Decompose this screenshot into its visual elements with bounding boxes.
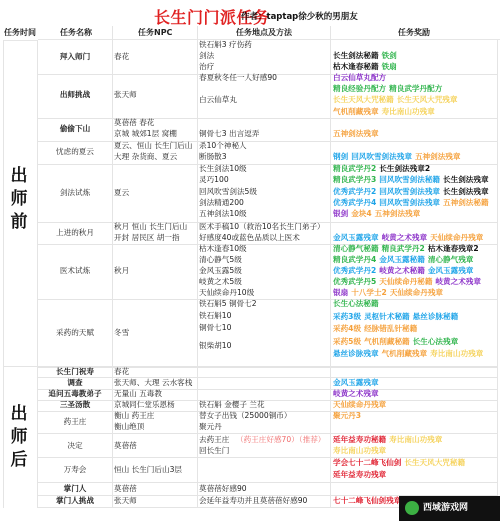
task-location: 岐黄之术5级 (199, 277, 242, 288)
task-location: 春夏秋冬任一人好感90 (199, 73, 277, 84)
task-npc: 夏云、恒山 长生门后山 (114, 141, 192, 152)
task-npc: 夏云 (114, 188, 129, 199)
task-name: 偷偷下山 (38, 124, 112, 135)
task-npc: 恒山 长生门后山3层 (114, 465, 182, 476)
header-npc: 任务NPC (112, 26, 198, 40)
reward-item: 寿比南山功残章 (430, 349, 483, 358)
task-name: 三圣汤散 (38, 400, 112, 411)
task-location: 铜骨七10 (199, 323, 231, 334)
reward-item: 枯木逢春秘籍 (333, 62, 379, 71)
reward-item: 铁扇 (382, 62, 397, 71)
task-location: 铁石斛 金樱子 兰花 (199, 400, 265, 411)
table-row: 上进的秋月秋月 恒山 长生门后山开封 居民区 胡一指医术手稿10（救治10名长生… (0, 222, 500, 244)
watermark-text: 西域游戏网 (423, 503, 468, 513)
reward-line: 悬丝诊脉残章气机削藏残章寿比南山功残章 (333, 349, 486, 360)
task-location: 医术手稿10（救治10名长生门弟子） (199, 222, 325, 233)
table-row: 长生门祝寿春花 (0, 367, 500, 377)
reward-item: 金风玉露残章 (333, 378, 379, 387)
task-location: 清心静气5级 (199, 255, 242, 266)
reward-item: 悬丝诊脉残章 (333, 349, 379, 358)
task-location-note: （药王庄好感70）（推荐） (236, 435, 325, 446)
grid-line (37, 433, 497, 434)
reward-item: 金风玉露残章 (428, 266, 474, 275)
reward-item: 聚元丹3 (333, 411, 361, 420)
task-npc: 京城同仁堂乐恩杨 (114, 400, 175, 411)
reward-item: 优秀武学丹5 (333, 277, 376, 286)
reward-line: 精良武学丹2长生剑法残章2 (333, 164, 433, 175)
table-row: 拜入师门春花铁石斛3 疗伤药剑法治疗长生剑法秘籍铁剑枯木逢春秘籍铁扇 (0, 40, 500, 74)
task-name: 追问五毒教弟子 (38, 389, 112, 400)
header-name: 任务名称 (38, 26, 112, 40)
task-location: 灵巧100 (199, 175, 229, 186)
reward-item: 长生剑法残章 (443, 175, 489, 184)
table-row: 药王庄衡山 药王庄衡山绝顶替女子出钱（25000铜币）聚元丹聚元丹3 (0, 411, 500, 433)
reward-item: 回风吹雪剑法秘籍 (379, 175, 440, 184)
table-row: 掌门人莫蓓蓓莫蓓蓓好感90 (0, 484, 500, 495)
reward-line: 气机削藏残章寿比南山功残章 (333, 107, 438, 118)
reward-item: 寿比南山功残章 (389, 435, 442, 444)
reward-item: 七十二峰飞仙剑残章 (333, 496, 401, 505)
reward-item: 回风吹雪剑法残章 (379, 198, 440, 207)
task-name: 医术试炼 (38, 266, 112, 277)
task-npc: 开封 居民区 胡一指 (114, 233, 180, 244)
table-row: 偷偷下山莫蓓蓓 春花京城 城郊1层 窝棚铜骨七3 出言逗弄五神剑法残章 (0, 118, 500, 141)
task-npc: 春花 (114, 52, 129, 63)
table-row: 追问五毒教弟子无量山 五毒教岐黄之术残章 (0, 389, 500, 400)
table-row: 万寿会恒山 长生门后山3层学会七十二峰飞仙剑长生天风大咒秘籍延年益寿功残章 (0, 458, 500, 482)
reward-item: 岐黄之术残章 (435, 277, 481, 286)
reward-line: 精良武学丹4金风玉露秘籍清心静气残章 (333, 255, 476, 266)
task-location: 杀10个神秘人 (199, 141, 247, 152)
task-location: 五神剑法10级 (199, 209, 247, 220)
reward-line: 采药5级气机削藏秘籍长生心法残章 (333, 337, 461, 348)
reward-item: 十八学士2 (351, 288, 387, 297)
task-name: 调查 (38, 378, 112, 389)
reward-item: 长生剑法秘籍 (333, 51, 379, 60)
reward-line: 采药4级经脉错乱针秘籍 (333, 324, 420, 335)
reward-item: 采药3级 (333, 312, 361, 321)
task-location: 回风吹雪剑法5级 (199, 187, 257, 198)
reward-item: 五神剑法残章 (333, 129, 379, 138)
reward-item: 五神剑法残章 (375, 209, 421, 218)
reward-item: 长生剑法残章 (443, 187, 489, 196)
reward-item: 精良武学丹配方 (389, 84, 442, 93)
reward-item: 金风玉露残章 (333, 233, 379, 242)
reward-item: 回风吹雪剑法残章 (351, 152, 412, 161)
reward-line: 钢剑回风吹雪剑法残章五神剑法残章 (333, 152, 464, 163)
reward-item: 气机削藏残章 (333, 107, 379, 116)
task-npc: 秋月 (114, 266, 129, 277)
task-location: 铁石斛3 疗伤药 (199, 40, 252, 51)
reward-line: 优秀武学丹4回风吹雪剑法残章五神剑法秘籍 (333, 198, 492, 209)
reward-item: 长生天风大咒秘籍 (333, 95, 394, 104)
task-location: 银柴胡10 (199, 341, 231, 352)
reward-item: 寿比南山功残章 (382, 107, 435, 116)
reward-line: 银扇十八学士2天仙续命丹残章 (333, 288, 446, 299)
reward-line: 长生心法秘籍 (333, 299, 382, 310)
reward-line: 采药3级灵枢针术秘籍悬丝诊脉秘籍 (333, 312, 461, 323)
task-name: 万寿会 (38, 465, 112, 476)
reward-line: 寿比南山功残章 (333, 446, 389, 457)
task-location: 回长生门 (199, 446, 229, 457)
table-row: 忧虑的夏云夏云、恒山 长生门后山大理 杂货商、夏云杀10个神秘人断肠散3钢剑回风… (0, 141, 500, 164)
author-credit: 作者：taptap徐少秋的男朋友 (241, 10, 358, 22)
table-row: 医术试炼秋月枯木逢春10级清心静气5级金风玉露5级岐黄之术5级天仙续命丹10级清… (0, 244, 500, 299)
task-location: 莫蓓蓓好感90 (199, 484, 247, 495)
task-location: 白云仙草丸 (199, 95, 237, 106)
task-npc: 莫蓓蓓 (114, 484, 137, 495)
reward-line: 优秀武学丹2岐黄之术秘籍金风玉露残章 (333, 266, 476, 277)
reward-item: 悬丝诊脉秘籍 (413, 312, 459, 321)
task-name: 长生门祝寿 (38, 367, 112, 378)
reward-item: 五神剑法残章 (415, 152, 461, 161)
task-location: 长生剑法10级 (199, 164, 247, 175)
reward-item: 金风玉露秘籍 (379, 255, 425, 264)
task-npc: 冬雪 (114, 328, 129, 339)
reward-item: 清心静气残章 (428, 255, 474, 264)
reward-item: 清心静气秘籍 (333, 244, 379, 253)
task-location: 治疗 (199, 62, 214, 73)
task-name: 采药的天赋 (38, 328, 112, 339)
reward-line: 精良经验丹配方精良武学丹配方 (333, 84, 445, 95)
reward-item: 长生天风大咒残章 (397, 95, 458, 104)
reward-item: 回风吹雪剑法残章 (379, 187, 440, 196)
reward-item: 优秀武学丹4 (333, 198, 376, 207)
reward-item: 长生天风大咒秘籍 (404, 458, 465, 467)
task-npc: 莫蓓蓓 (114, 441, 137, 452)
reward-item: 天仙续命丹秘籍 (379, 277, 432, 286)
watermark: 西域游戏网 (399, 496, 500, 521)
grid-line (37, 482, 497, 483)
reward-line: 长生剑法秘籍铁剑 (333, 51, 400, 62)
title-bar: 长生门门派任务 作者：taptap徐少秋的男朋友 (0, 0, 500, 26)
reward-line: 延年益寿功秘籍寿比南山功残章 (333, 435, 445, 446)
table-row: 剑法试炼夏云长生剑法10级灵巧100回风吹雪剑法5级剑法精通200五神剑法10级… (0, 164, 500, 222)
reward-item: 经脉错乱针秘籍 (364, 324, 417, 333)
reward-item: 优秀武学丹2 (333, 187, 376, 196)
task-name: 掌门人挑战 (38, 496, 112, 507)
task-name: 掌门人 (38, 484, 112, 495)
reward-item: 采药5级 (333, 337, 361, 346)
task-location: 天仙续命丹10级 (199, 288, 254, 299)
task-name: 拜入师门 (38, 52, 112, 63)
task-npc: 秋月 恒山 长生门后山 (114, 222, 187, 233)
task-location: 铜骨七3 出言逗弄 (199, 129, 259, 140)
task-npc: 衡山绝顶 (114, 422, 144, 433)
header-location: 任务地点及方法 (198, 26, 330, 40)
task-location: 枯木逢春10级 (199, 244, 247, 255)
task-npc: 无量山 五毒教 (114, 389, 162, 400)
task-location: 替女子出钱（25000铜币） (199, 411, 292, 422)
reward-item: 精良经验丹配方 (333, 84, 386, 93)
reward-item: 银剑 (333, 209, 348, 218)
task-location: 会延年益寿功并且莫蓓蓓好感90 (199, 496, 307, 507)
header-time: 任务时间 (4, 26, 38, 41)
task-name: 剑法试炼 (38, 188, 112, 199)
reward-item: 长生心法残章 (413, 337, 459, 346)
table-row: 出师挑战张天师春夏秋冬任一人好感90白云仙草丸白云仙草丸配方精良经验丹配方精良武… (0, 73, 500, 118)
reward-line: 七十二峰飞仙剑残章 (333, 496, 404, 507)
task-name: 决定 (38, 441, 112, 452)
table-row: 决定莫蓓蓓去药王庄（药王庄好感70）（推荐）回长生门延年益寿功秘籍寿比南山功残章… (0, 435, 500, 457)
reward-line: 学会七十二峰飞仙剑长生天风大咒秘籍 (333, 458, 468, 469)
reward-item: 延年益寿功秘籍 (333, 435, 386, 444)
task-npc: 春花 (114, 367, 129, 378)
watermark-logo-icon (405, 501, 419, 515)
reward-line: 清心静气秘籍精良武学丹2枯木逢春残章2 (333, 244, 482, 255)
reward-item: 优秀武学丹2 (333, 266, 376, 275)
reward-line: 白云仙草丸配方 (333, 73, 389, 84)
task-location: 铁石斛5 铜骨七2 (199, 299, 257, 310)
reward-item: 长生剑法残章2 (379, 164, 430, 173)
reward-line: 岐黄之术残章 (333, 389, 382, 400)
reward-item: 精良武学丹4 (333, 255, 376, 264)
task-name: 上进的秋月 (38, 228, 112, 239)
reward-item: 精良武学丹3 (333, 175, 376, 184)
reward-item: 五神剑法秘籍 (443, 198, 489, 207)
task-location: 剑法精通200 (199, 198, 244, 209)
reward-item: 天仙续命丹残章 (430, 233, 483, 242)
reward-item: 天仙续命丹残章 (333, 400, 386, 409)
table-row: 三圣汤散京城同仁堂乐恩杨铁石斛 金樱子 兰花天仙续命丹残章 (0, 400, 500, 411)
reward-line: 五神剑法残章 (333, 129, 382, 140)
reward-line: 天仙续命丹残章 (333, 400, 389, 411)
reward-item: 岐黄之术残章 (382, 233, 428, 242)
reward-item: 银扇 (333, 288, 348, 297)
task-location: 铁石斛10 (199, 311, 231, 322)
reward-item: 灵枢针术秘籍 (364, 312, 410, 321)
reward-item: 气机削藏残章 (382, 349, 428, 358)
task-npc: 张天师 (114, 496, 137, 507)
reward-line: 金风玉露残章岐黄之术残章天仙续命丹残章 (333, 233, 486, 244)
task-npc: 莫蓓蓓 春花 (114, 118, 154, 129)
table-row: 采药的天赋冬雪铁石斛5 铜骨七2铁石斛10铜骨七10银柴胡10长生心法秘籍采药3… (0, 299, 500, 367)
task-location: 去药王庄 (199, 435, 229, 446)
task-npc: 大理 杂货商、夏云 (114, 152, 177, 163)
reward-line: 优秀武学丹5天仙续命丹秘籍岐黄之术残章 (333, 277, 484, 288)
task-location: 剑法 (199, 51, 214, 62)
reward-item: 气机削藏秘籍 (364, 337, 410, 346)
task-name: 出师挑战 (38, 90, 112, 101)
task-npc: 张天师 (114, 90, 137, 101)
reward-item: 枯木逢春残章2 (428, 244, 479, 253)
header-reward: 任务奖励 (330, 26, 500, 40)
reward-line: 优秀武学丹2回风吹雪剑法残章长生剑法残章 (333, 187, 492, 198)
task-name: 药王庄 (38, 417, 112, 428)
reward-item: 钢剑 (333, 152, 348, 161)
table-row: 调查张天师、大理 云水客栈金风玉露残章 (0, 377, 500, 389)
reward-item: 岐黄之术秘籍 (379, 266, 425, 275)
task-npc: 衡山 药王庄 (114, 411, 154, 422)
task-name: 忧虑的夏云 (38, 147, 112, 158)
reward-item: 金块4 (351, 209, 371, 218)
reward-line: 延年益寿功残章 (333, 470, 389, 481)
reward-item: 采药4级 (333, 324, 361, 333)
reward-item: 精良武学丹2 (333, 164, 376, 173)
task-location: 金风玉露5级 (199, 266, 242, 277)
reward-item: 精良武学丹2 (382, 244, 425, 253)
reward-item: 学会七十二峰飞仙剑 (333, 458, 401, 467)
task-location: 好感度40或蓝色品质以上医术 (199, 233, 300, 244)
reward-item: 白云仙草丸配方 (333, 73, 386, 82)
reward-item: 延年益寿功残章 (333, 470, 386, 479)
reward-item: 岐黄之术残章 (333, 389, 379, 398)
reward-item: 寿比南山功残章 (333, 446, 386, 455)
reward-line: 长生天风大咒秘籍长生天风大咒残章 (333, 95, 461, 106)
task-npc: 张天师、大理 云水客栈 (114, 378, 192, 389)
reward-line: 金风玉露残章 (333, 378, 382, 389)
reward-line: 精良武学丹3回风吹雪剑法秘籍长生剑法残章 (333, 175, 492, 186)
reward-item: 天仙续命丹残章 (390, 288, 443, 297)
reward-line: 银剑金块4五神剑法残章 (333, 209, 423, 220)
task-location: 断肠散3 (199, 152, 227, 163)
reward-line: 聚元丹3 (333, 411, 364, 422)
task-npc: 京城 城郊1层 窝棚 (114, 129, 177, 140)
reward-item: 长生心法秘籍 (333, 299, 379, 308)
task-location: 聚元丹 (199, 422, 222, 433)
reward-line: 枯木逢春秘籍铁扇 (333, 62, 400, 73)
reward-item: 铁剑 (382, 51, 397, 60)
